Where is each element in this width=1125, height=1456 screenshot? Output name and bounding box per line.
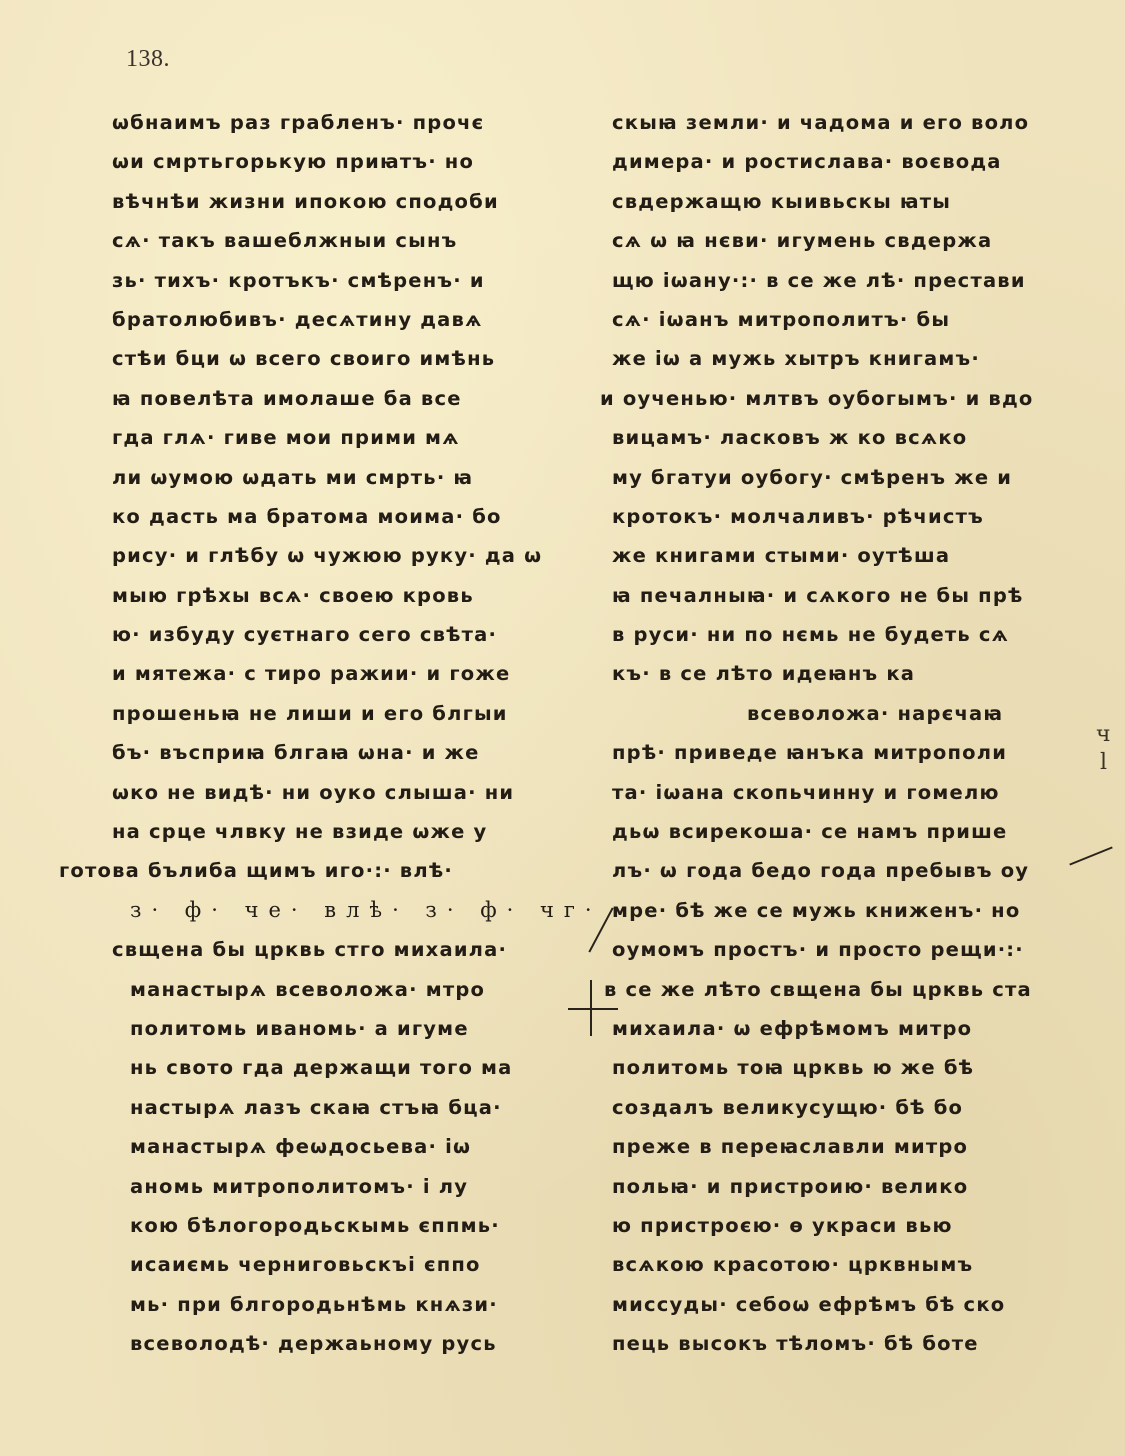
text-line: димера· и ростислава· воєвода: [612, 142, 1102, 181]
margin-note-glyph: l: [1100, 750, 1107, 775]
text-line: и мятежа· с тиро ражии· и гоже: [112, 654, 582, 693]
text-line: ꙗ печалныꙗ· и сѧкого не бы прѣ: [612, 576, 1102, 615]
text-line: мыю грѣхы всѧ· своею кровь: [112, 576, 582, 615]
text-line: кротокъ· молчаливъ· рѣчистъ: [612, 497, 1102, 536]
text-line: создалъ великусущю· бѣ бо: [612, 1088, 1102, 1127]
text-line: пець высокъ тѣломъ· бѣ боте: [612, 1324, 1102, 1363]
year-numerals-line: з· ф· че· влѣ· з· ф· чг·: [130, 891, 582, 930]
text-line: ли ѡумою ѡдать ми смрть· ꙗ: [112, 458, 582, 497]
text-line: готова бълиба щимъ иго·:· влѣ·: [59, 851, 582, 890]
centered-heading-line: всеволожа· нарєчаꙗ: [747, 694, 1102, 733]
text-line: ѡи смртьгорькую приꙗтъ· но: [112, 142, 582, 181]
text-line: ко дасть ма братома моима· бо: [112, 497, 582, 536]
text-line: же книгами стыми· оутѣша: [612, 536, 1102, 575]
text-line: сѧ· іѡанъ митрополитъ· бы: [612, 300, 1102, 339]
text-line: политомь тоꙗ црквь ю же бѣ: [612, 1048, 1102, 1087]
text-line: настырѧ лазъ скаꙗ стъꙗ бца·: [130, 1088, 582, 1127]
cross-horizontal-stroke: [568, 1008, 618, 1010]
text-line: ю пристроєю· ѳ украси вью: [612, 1206, 1102, 1245]
text-line: вицамъ· ласковъ ж ко всѧко: [612, 418, 1102, 457]
text-line: сѧ ѡ ꙗ нєви· игумень свдержа: [612, 221, 1102, 260]
text-line: преже в переꙗславли митро: [612, 1127, 1102, 1166]
text-line: братолюбивъ· десѧтину давѧ: [112, 300, 582, 339]
text-line: зь· тихъ· кротъкъ· смѣренъ· и: [112, 261, 582, 300]
text-line: миссуды· себоѡ ефрѣмъ бѣ ско: [612, 1285, 1102, 1324]
left-text-column: ѡбнаимъ раз грабленъ· прочє ѡи смртьгорь…: [112, 103, 582, 1364]
text-line: ю· избуду суєтнаго сего свѣта·: [112, 615, 582, 654]
text-line: манастырѧ феѡдосьева· іѡ: [130, 1127, 582, 1166]
text-line: аномь митрополитомъ· і лу: [130, 1167, 582, 1206]
text-line: вѣчнѣи жизни ипокою сподоби: [112, 182, 582, 221]
text-line: дьѡ всирекоша· се намъ прише: [612, 812, 1102, 851]
text-line: ѡбнаимъ раз грабленъ· прочє: [112, 103, 582, 142]
text-line: всѧкою красотою· црквнымъ: [612, 1245, 1102, 1284]
text-line: скыꙗ земли· и чадома и его воло: [612, 103, 1102, 142]
text-line: всеволодѣ· держаьному русь: [130, 1324, 582, 1363]
text-line: исаиємь черниговьскъі єппо: [130, 1245, 582, 1284]
text-line: му бгатуи оубогу· смѣренъ же и: [612, 458, 1102, 497]
section-start-line: в се же лѣто свщена бы црквь ста: [604, 970, 1102, 1009]
text-line: прѣ· приведе ꙗнъка митрополи: [612, 733, 1102, 772]
text-line: ꙗ повелѣта имолаше ба все: [112, 379, 582, 418]
text-line: мре· бѣ же се мужь книженъ· но: [612, 891, 1102, 930]
text-line: бъ· въсприꙗ блгаꙗ ѡна· и же: [112, 733, 582, 772]
text-line: кою бѣлогородьскымь єппмь·: [130, 1206, 582, 1245]
text-line: сѧ· такъ вашеблжныи сынъ: [112, 221, 582, 260]
right-text-column: скыꙗ земли· и чадома и его воло димера· …: [612, 103, 1102, 1364]
text-line: свдержащю кыивьскы ꙗты: [612, 182, 1102, 221]
section-start-line: свщена бы црквь стго михаила·: [112, 930, 582, 969]
text-line: же іѡ а мужь хытръ книгамъ·: [612, 339, 1102, 378]
margin-note-glyph: ч: [1096, 722, 1111, 747]
text-line: на срце члвку не взиде ѡже у: [112, 812, 582, 851]
text-line: лъ· ѡ года бедо года пребывъ оу: [612, 851, 1102, 890]
text-line: рису· и глѣбу ѡ чужюю руку· да ѡ: [112, 536, 582, 575]
margin-cross-mark: [568, 980, 618, 1036]
text-line: мь· при блгородьнѣмь кнѧзи·: [130, 1285, 582, 1324]
text-line: манастырѧ всеволожа· мтро: [130, 970, 582, 1009]
text-line: прошеньꙗ не лиши и его блгыи: [112, 694, 582, 733]
text-line: михаила· ѡ ефрѣмомъ митро: [612, 1009, 1102, 1048]
text-line: къ· в се лѣто идеꙗнъ ка: [612, 654, 1102, 693]
text-line: стѣи бци ѡ всего своиго имѣнь: [112, 339, 582, 378]
text-line: гда глѧ· гиве мои прими мѧ: [112, 418, 582, 457]
page-number: 138.: [126, 46, 170, 73]
text-line: нь свото гда держащи того ма: [130, 1048, 582, 1087]
text-line: ѡко не видѣ· ни оуко слыша· ни: [112, 773, 582, 812]
text-line: щю іѡану·:· в се же лѣ· престави: [612, 261, 1102, 300]
text-line: польꙗ· и пристроию· велико: [612, 1167, 1102, 1206]
text-line: политомь иваномь· а игуме: [130, 1009, 582, 1048]
text-line: оумомъ простъ· и просто рещи·:·: [612, 930, 1102, 969]
text-line: в руси· ни по нємь не будеть сѧ: [612, 615, 1102, 654]
section-start-line: и оученью· млтвъ оубогымъ· и вдо: [600, 379, 1102, 418]
text-line: та· іѡана скопьчинну и гомелю: [612, 773, 1102, 812]
